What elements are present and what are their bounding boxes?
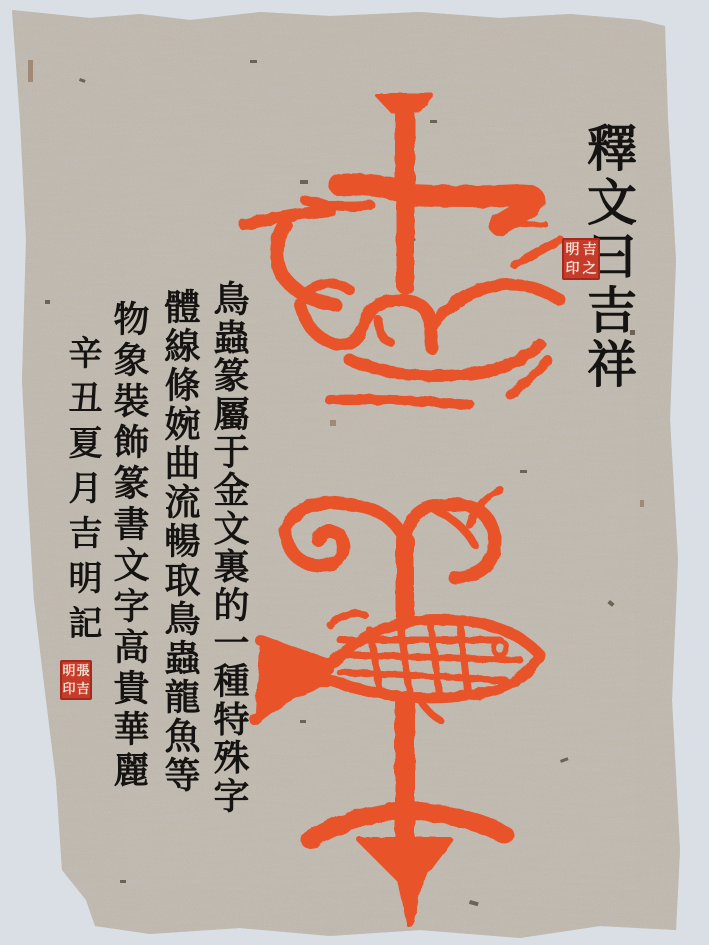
inscription-column-3: 物象裝飾篆書文字高貴華麗 bbox=[111, 300, 147, 792]
seal-char: 吉 bbox=[581, 243, 598, 257]
inscription-column-1: 鳥蟲篆屬于金文裏的一種特殊字 bbox=[211, 280, 247, 815]
seal-char: 明 bbox=[564, 243, 581, 257]
seal-char: 印 bbox=[564, 262, 581, 276]
artwork-photo: 釋文曰吉祥 鳥蟲篆屬于金文裏的一種特殊字 體線條婉曲流暢取鳥蟲龍魚等 物象裝飾篆… bbox=[0, 0, 709, 945]
inscription-column-2: 體線條婉曲流暢取鳥蟲龍魚等 bbox=[162, 288, 198, 795]
seal-char: 之 bbox=[581, 262, 598, 276]
signature-column: 辛丑夏月吉明記 bbox=[65, 335, 99, 650]
seal-char: 張 bbox=[76, 665, 90, 678]
seal-char: 明 bbox=[62, 665, 76, 678]
seal-stamp-upper: 明 吉 印 之 bbox=[562, 238, 600, 280]
seal-char: 吉 bbox=[76, 683, 90, 696]
seal-char: 印 bbox=[62, 683, 76, 696]
seal-stamp-lower: 明 張 印 吉 bbox=[60, 660, 92, 700]
